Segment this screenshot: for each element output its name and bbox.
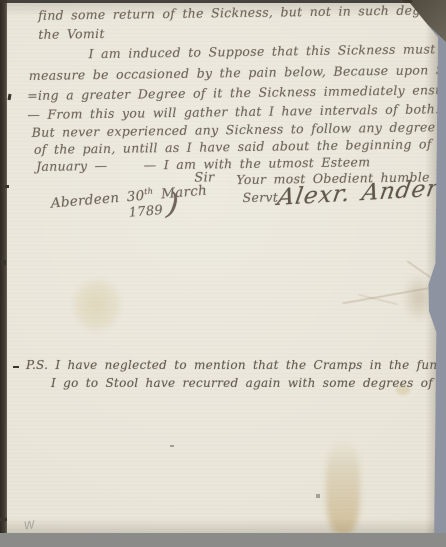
round-paper-stain — [64, 269, 130, 341]
crease-line — [358, 294, 397, 305]
dateline-brace: ) — [165, 186, 180, 222]
letter-line: find some return of the Sickness, but no… — [38, 1, 446, 23]
dateline-month: March — [153, 183, 208, 203]
letter-line: — From this you will gather that I have … — [27, 101, 439, 122]
letter-line: of the pain, untill as I have said about… — [34, 136, 432, 157]
letter-line: =ing a greater Degree of it the Sickness… — [27, 82, 446, 103]
letter-page: find some return of the Sickness, but no… — [6, 3, 438, 534]
letter-line: I am induced to Suppose that this Sickne… — [88, 40, 446, 61]
backdrop-bottom-strip — [0, 533, 446, 547]
crease-line — [407, 261, 437, 282]
postscript-line: P.S. I have neglected to mention that th… — [26, 358, 446, 372]
letter-line: the Vomit — [38, 26, 105, 42]
dateline-year: 1789 — [128, 203, 163, 221]
crease-line — [343, 287, 432, 304]
binding-edge — [0, 0, 7, 535]
right-edge-tear-stain — [396, 265, 442, 331]
postscript-line: I go to Stool have recurred again with s… — [51, 376, 446, 390]
bottom-fold-stain — [326, 439, 360, 535]
letter-line: measure be occasioned by the pain below,… — [29, 62, 446, 83]
archival-pencil-mark: W — [23, 518, 36, 532]
top-edge-shadow — [0, 0, 412, 3]
letter-scan: find some return of the Sickness, but no… — [0, 0, 446, 547]
letter-body: find some return of the Sickness, but no… — [6, 0, 441, 243]
